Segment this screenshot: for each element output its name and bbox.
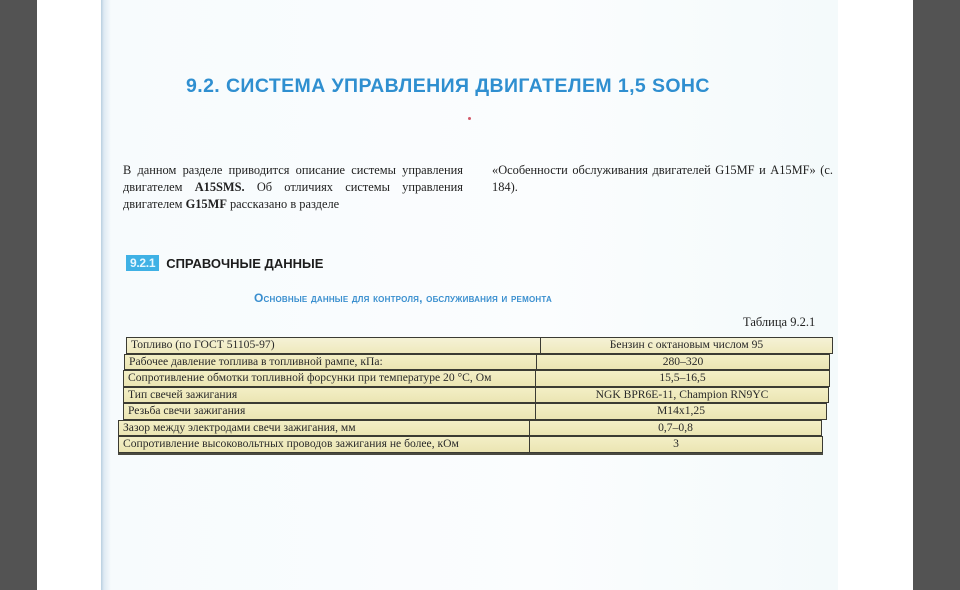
row-label: Зазор между электродами свечи зажигания,… (118, 420, 530, 437)
table-row: Сопротивление обмотки топливной форсунки… (123, 370, 830, 387)
table-row: Зазор между электродами свечи зажигания,… (118, 420, 822, 437)
section-header: 9.2.1 СПРАВОЧНЫЕ ДАННЫЕ (126, 255, 323, 271)
engine-code: G15MF (186, 197, 227, 211)
row-label: Сопротивление обмотки топливной форсунки… (123, 370, 536, 387)
row-value: NGK BPR6E-11, Champion RN9YC (535, 387, 829, 404)
intro-paragraph-left: В данном разделе приводится описание сис… (123, 162, 463, 213)
intro-text: рассказано в разделе (227, 197, 339, 211)
row-value: 0,7–0,8 (529, 420, 822, 437)
table-row: Сопротивление высоковольтных проводов за… (118, 436, 823, 455)
row-value: 3 (529, 436, 823, 453)
chapter-title: 9.2. СИСТЕМА УПРАВЛЕНИЯ ДВИГАТЕЛЕМ 1,5 S… (186, 75, 710, 98)
row-value: Бензин с октановым числом 95 (540, 337, 833, 354)
row-value: M14x1,25 (535, 403, 827, 420)
row-label: Тип свечей зажигания (123, 387, 536, 404)
table-number: Таблица 9.2.1 (743, 315, 815, 330)
row-label: Топливо (по ГОСТ 51105-97) (126, 337, 541, 354)
table-row: Рабочее давление топлива в топливной рам… (124, 354, 830, 371)
section-title: СПРАВОЧНЫЕ ДАННЫЕ (166, 256, 323, 271)
row-label: Рабочее давление топлива в топливной рам… (124, 354, 537, 371)
table-row: Топливо (по ГОСТ 51105-97) Бензин с окта… (126, 337, 833, 354)
document-page: 9.2. СИСТЕМА УПРАВЛЕНИЯ ДВИГАТЕЛЕМ 1,5 S… (101, 0, 838, 590)
section-number-badge: 9.2.1 (126, 255, 159, 271)
table-row: Тип свечей зажигания NGK BPR6E-11, Champ… (123, 387, 829, 404)
table-heading: Основные данные для контроля, обслуживан… (254, 291, 552, 305)
spec-table: Топливо (по ГОСТ 51105-97) Бензин с окта… (118, 337, 832, 455)
table-row: Резьба свечи зажигания M14x1,25 (123, 403, 827, 420)
row-label: Резьба свечи зажигания (123, 403, 536, 420)
row-value: 280–320 (536, 354, 830, 371)
row-label: Сопротивление высоковольтных проводов за… (118, 436, 530, 453)
print-speck (468, 117, 471, 120)
intro-paragraph-right: «Особенности обслуживания двигателей G15… (492, 162, 833, 196)
engine-code: A15SMS. (195, 180, 245, 194)
row-value: 15,5–16,5 (535, 370, 830, 387)
